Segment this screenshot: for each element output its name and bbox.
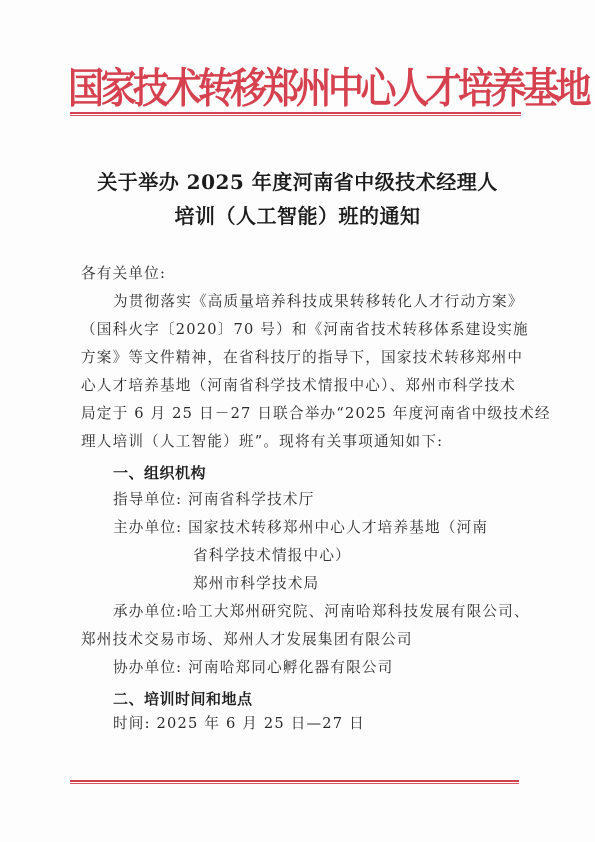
- intro-line-3: 方案》等文件精神，在省科技厅的指导下，国家技术转移郑州中: [81, 346, 521, 370]
- document-title-line-2: 培训（人工智能）班的通知: [0, 200, 595, 229]
- organizer-line-2: 郑州技术交易市场、郑州人才发展集团有限公司: [81, 628, 521, 652]
- intro-line-5: 局定于 6 月 25 日－27 日联合举办“2025 年度河南省中级技术经: [81, 402, 521, 426]
- header-red-rule: [70, 112, 521, 116]
- co-organizer: 协办单位: 河南哈郑同心孵化器有限公司: [113, 656, 523, 680]
- intro-line-4: 心人才培养基地（河南省科学技术情报中心）、郑州市科学技术: [81, 374, 521, 398]
- section-heading-organization: 一、组织机构: [113, 462, 206, 483]
- section-heading-time-place: 二、培训时间和地点: [113, 688, 253, 709]
- footer-red-rule: [70, 780, 519, 784]
- document-title-line-1: 关于举办 2025 年度河南省中级技术经理人: [0, 166, 595, 195]
- host-unit-line-3: 郑州市科学技术局: [193, 572, 595, 596]
- intro-line-6: 理人培训（人工智能）班”。现将有关事项通知如下:: [81, 430, 521, 454]
- organizer-line-1: 承办单位:哈工大郑州研究院、河南哈郑科技发展有限公司、: [113, 600, 523, 624]
- salutation: 各有关单位:: [81, 262, 521, 286]
- host-unit-line-1: 主办单位: 国家技术转移郑州中心人才培养基地（河南: [113, 516, 523, 540]
- training-time: 时间: 2025 年 6 月 25 日—27 日: [113, 712, 523, 736]
- intro-line-2: （国科火字〔2020〕70 号）和《河南省技术转移体系建设实施: [81, 318, 521, 342]
- guide-unit: 指导单位: 河南省科学技术厅: [113, 488, 523, 512]
- masthead-title: 国家技术转移郑州中心人才培养基地: [68, 62, 523, 117]
- host-unit-line-2: 省科学技术情报中心）: [193, 544, 595, 568]
- intro-line-1: 为贯彻落实《高质量培养科技成果转移转化人才行动方案》: [113, 290, 523, 314]
